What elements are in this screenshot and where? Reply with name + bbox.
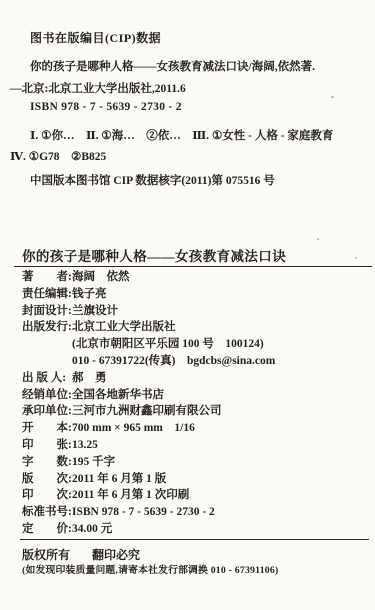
colophon-row-sheets: 印 张:13.25 bbox=[22, 437, 275, 454]
cip-record-number: 中国版本图书馆 CIP 数据核字(2011)第 075516 号 bbox=[30, 172, 275, 188]
colophon-row-distributor: 经销单位:全国各地新华书店 bbox=[22, 387, 275, 404]
copyright-page: 图书在版编目(CIP)数据 你的孩子是哪种人格——女孩教育减法口诀/海阔,依然著… bbox=[0, 0, 375, 610]
colophon-row-publisher: 出版发行:北京工业大学出版社 bbox=[22, 319, 275, 336]
colophon-value: 郝 勇 bbox=[72, 372, 107, 384]
bottom-rule bbox=[20, 539, 369, 540]
colophon-value: 全国各地新华书店 bbox=[72, 389, 164, 401]
title-rule bbox=[14, 266, 372, 267]
colophon-value: 010 - 67391722(传真) bgdcbs@sina.com bbox=[72, 355, 275, 367]
colophon-label: 承印单位: bbox=[22, 403, 72, 420]
colophon-row-cover-design: 封面设计:兰旗设计 bbox=[22, 303, 275, 320]
colophon-value: 195 千字 bbox=[72, 456, 115, 468]
colophon-value: 34.00 元 bbox=[72, 523, 112, 535]
colophon-row-word-count: 字 数:195 千字 bbox=[22, 454, 275, 471]
colophon-row-format: 开 本:700 mm × 965 mm 1/16 bbox=[22, 420, 275, 437]
colophon-value: 700 mm × 965 mm 1/16 bbox=[72, 422, 195, 434]
colophon-row-address: (北京市朝阳区平乐园 100 号 100124) bbox=[22, 336, 275, 353]
colophon-value: ISBN 978 - 7 - 5639 - 2730 - 2 bbox=[72, 506, 215, 518]
colophon-value: 13.25 bbox=[72, 439, 98, 451]
copyright-statement: 版权所有翻印必究 bbox=[22, 546, 140, 563]
scan-speck bbox=[317, 238, 319, 240]
colophon-label: 出 版 人: bbox=[22, 370, 72, 387]
scan-speck bbox=[331, 96, 334, 98]
copyright-right: 翻印必究 bbox=[92, 548, 140, 562]
colophon-label: 印 次: bbox=[22, 487, 72, 504]
colophon-row-printing: 印 次:2011 年 6 月第 1 次印刷 bbox=[22, 487, 275, 504]
colophon-value: 2011 年 6 月第 1 次印刷 bbox=[72, 489, 189, 501]
colophon: 著 者:海阔 依然 责任编辑:钱子亮 封面设计:兰旗设计 出版发行:北京工业大学… bbox=[22, 269, 275, 538]
colophon-value: 三河市九洲财鑫印刷有限公司 bbox=[72, 405, 222, 417]
colophon-row-phone-email: 010 - 67391722(传真) bgdcbs@sina.com bbox=[22, 353, 275, 370]
colophon-value: 海阔 依然 bbox=[72, 271, 130, 283]
cip-header: 图书在版编目(CIP)数据 bbox=[30, 29, 161, 46]
colophon-value: 兰旗设计 bbox=[72, 305, 118, 317]
colophon-label: 经销单位: bbox=[22, 387, 72, 404]
colophon-label: 开 本: bbox=[22, 420, 72, 437]
cip-isbn: ISBN 978 - 7 - 5639 - 2730 - 2 bbox=[30, 101, 182, 113]
colophon-label: 封面设计: bbox=[22, 303, 72, 320]
colophon-label: 版 次: bbox=[22, 471, 72, 488]
colophon-value: 钱子亮 bbox=[72, 288, 107, 300]
colophon-value: 2011 年 6 月第 1 版 bbox=[72, 473, 166, 485]
cip-entry-line1: 你的孩子是哪种人格——女孩教育减法口诀/海阔,依然著. bbox=[30, 58, 315, 74]
colophon-value: 北京工业大学出版社 bbox=[72, 321, 176, 333]
scan-speck bbox=[355, 257, 357, 259]
colophon-row-standard-isbn: 标准书号:ISBN 978 - 7 - 5639 - 2730 - 2 bbox=[22, 504, 275, 521]
colophon-row-printer: 承印单位:三河市九洲财鑫印刷有限公司 bbox=[22, 403, 275, 420]
cip-class-line1: Ⅰ. ①你… Ⅱ. ①海… ②依… Ⅲ. ①女性 - 人格 - 家庭教育 bbox=[30, 127, 333, 143]
colophon-label: 印 张: bbox=[22, 437, 72, 454]
colophon-row-editor: 责任编辑:钱子亮 bbox=[22, 286, 275, 303]
copyright-left: 版权所有 bbox=[22, 548, 70, 562]
cip-class-line2: Ⅳ. ①G78 ②B825 bbox=[10, 148, 106, 164]
colophon-label: 字 数: bbox=[22, 454, 72, 471]
colophon-value: (北京市朝阳区平乐园 100 号 100124) bbox=[72, 338, 264, 350]
colophon-label: 定 价: bbox=[22, 521, 72, 538]
colophon-label: 著 者: bbox=[22, 269, 72, 286]
colophon-label: 责任编辑: bbox=[22, 286, 72, 303]
colophon-row-publisher-person: 出 版 人:郝 勇 bbox=[22, 370, 275, 387]
book-title: 你的孩子是哪种人格——女孩教育减法口诀 bbox=[22, 245, 286, 265]
colophon-label: 标准书号: bbox=[22, 504, 72, 521]
cip-entry-line2: —北京:北京工业大学出版社,2011.6 bbox=[10, 80, 186, 96]
quality-note: (如发现印装质量问题,请寄本社发行部调换 010 - 67391106) bbox=[22, 562, 278, 576]
colophon-label: 出版发行: bbox=[22, 319, 72, 336]
colophon-row-edition: 版 次:2011 年 6 月第 1 版 bbox=[22, 471, 275, 488]
colophon-row-price: 定 价:34.00 元 bbox=[22, 521, 275, 538]
colophon-row-author: 著 者:海阔 依然 bbox=[22, 269, 275, 286]
